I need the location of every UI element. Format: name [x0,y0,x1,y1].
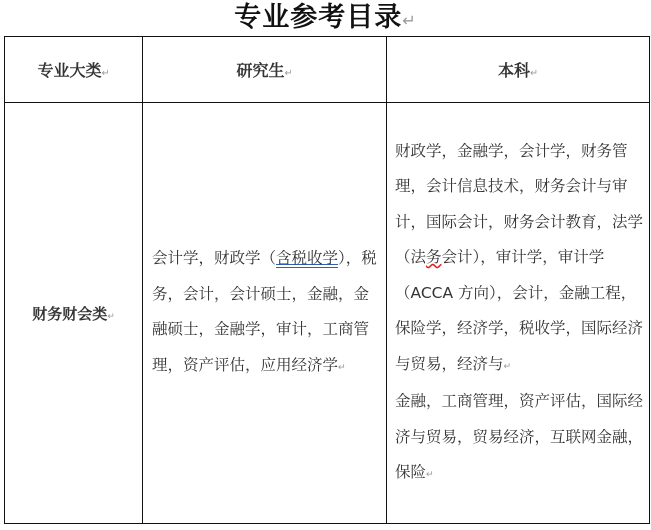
document-title: 专业参考目录↵ [0,2,651,37]
title-text: 专业参考目录 [234,2,402,33]
text-run: 会计学，财政学（ [152,249,276,267]
undergraduate-cell: 财政学，金融学，会计学，财务管理，会计信息技术，财务会计与审计，国际会计，财务会… [387,103,650,524]
paragraph-mark-icon: ↵ [107,312,115,322]
table-row: 财务财会类↵ 会计学，财政学（含税收学），税务，会计，会计硕士，金融，金融硕士，… [5,103,650,524]
header-label: 专业大类 [37,61,101,80]
header-category: 专业大类↵ [5,37,143,103]
header-label: 本科 [498,61,530,80]
paragraph-mark-icon: ↵ [530,68,538,79]
category-label: 财务财会类 [32,305,107,323]
header-row: 专业大类↵ 研究生↵ 本科↵ [5,37,650,103]
text-run: 会计），审计学，审计学（ACCA 方向），会计，金融工程，保险学，经济学，税收学… [395,248,643,373]
graduate-cell: 会计学，财政学（含税收学），税务，会计，会计硕士，金融，金融硕士，金融学，审计，… [143,103,387,524]
graduate-majors-text: 会计学，财政学（含税收学），税务，会计，会计硕士，金融，金融硕士，金融学，审计，… [143,241,386,385]
line-break-mark-icon: ↵ [504,361,512,372]
grammar-underlined-text: 含税收学 [276,249,338,267]
header-undergraduate: 本科↵ [387,37,650,103]
paragraph-mark-icon: ↵ [338,362,346,373]
header-label: 研究生 [236,61,284,80]
category-cell: 财务财会类↵ [5,103,143,524]
paragraph-mark-icon: ↵ [426,469,434,480]
spelling-underlined-text: 务 [426,248,442,266]
text-run: ），税务，会计，会计硕士，金融，金融硕士，金融学，审计，工商管理，资产评估，应用… [152,249,377,374]
major-reference-table: 专业大类↵ 研究生↵ 本科↵ 财务财会类↵ 会计学，财政学（含税收学），税务，会… [4,36,650,524]
text-run: 金融，工商管理，资产评估，国际经济与贸易，贸易经济，互联网金融，保险 [395,392,643,481]
paragraph-mark-icon: ↵ [402,11,417,30]
paragraph-mark-icon: ↵ [284,68,292,79]
undergraduate-majors-text: 财政学，金融学，会计学，财务管理，会计信息技术，财务会计与审计，国际会计，财务会… [387,134,649,493]
header-graduate: 研究生↵ [143,37,387,103]
paragraph-mark-icon: ↵ [101,68,109,79]
